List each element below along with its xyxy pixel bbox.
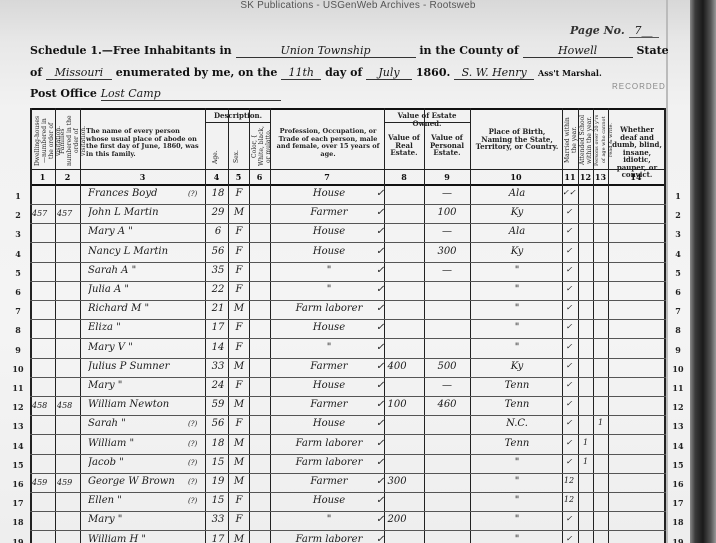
- married-within-year: ✓: [560, 438, 578, 447]
- real-estate-value: ✓: [376, 226, 422, 237]
- state-field: Missouri: [46, 66, 112, 80]
- birthplace: Ky: [474, 246, 560, 257]
- sex: M: [230, 303, 248, 314]
- married-within-year: ✓: [560, 303, 578, 312]
- occupation: Farmer: [276, 207, 382, 218]
- person-name: Mary ": [88, 380, 188, 391]
- married-within-year: ✓✓: [560, 188, 578, 197]
- row-number-left: 12: [8, 402, 28, 412]
- age: 29: [208, 207, 228, 218]
- colnum: 1: [30, 172, 55, 182]
- name-mark: (?): [188, 190, 205, 198]
- occupation: Farmer: [276, 399, 382, 410]
- occupation: ": [276, 342, 382, 353]
- birthplace: Ala: [474, 226, 560, 237]
- table-row: Richard M " 21 M Farm laborer ✓ " ✓: [30, 301, 666, 320]
- person-name: Jacob ": [88, 457, 188, 468]
- person-name: Mary V ": [88, 342, 188, 353]
- married-within-year: ✓: [560, 418, 578, 427]
- table-row: Mary " 33 F " ✓ 200 " ✓: [30, 512, 666, 531]
- sex: F: [230, 246, 248, 257]
- row-number-left: 19: [8, 537, 28, 543]
- name-mark: (?): [188, 459, 205, 467]
- name-mark: (?): [188, 497, 205, 505]
- table-row: Jacob " (?) 15 M Farm laborer ✓ " ✓ 1: [30, 455, 666, 474]
- dwelling-number: 458: [32, 401, 54, 410]
- state-label: State: [636, 44, 668, 57]
- occupation: Farm laborer: [276, 534, 382, 543]
- table-row: Sarah A " 35 F " ✓ — " ✓: [30, 263, 666, 282]
- married-within-year: 12: [560, 495, 578, 504]
- occupation: House: [276, 188, 382, 199]
- row-number-right: 16: [668, 479, 688, 489]
- table-row: Nancy L Martin 56 F House ✓ 300 Ky ✓: [30, 244, 666, 263]
- personal-estate-value: —: [426, 380, 468, 391]
- real-estate-value: ✓: [376, 188, 422, 199]
- table-row: Frances Boyd (?) 18 F House ✓ — Ala ✓✓: [30, 186, 666, 205]
- row-number-right: 11: [668, 383, 688, 393]
- birthplace: ": [474, 495, 560, 506]
- colnum: 13: [593, 172, 608, 182]
- dwelling-number: 459: [32, 478, 54, 487]
- row-number-left: 14: [8, 441, 28, 451]
- sex: F: [230, 380, 248, 391]
- birthplace: ": [474, 342, 560, 353]
- birthplace: ": [474, 322, 560, 333]
- colnum: 12: [578, 172, 593, 182]
- colnum: 3: [80, 172, 205, 182]
- row-number-right: 1: [668, 191, 688, 201]
- header-estate: Value of Estate Owned.: [385, 112, 469, 127]
- married-within-year: ✓: [560, 246, 578, 255]
- post-office-line: Post Office Lost Camp: [30, 87, 281, 101]
- personal-estate-value: —: [426, 226, 468, 237]
- real-estate-value: ✓: [376, 380, 422, 391]
- sex: F: [230, 495, 248, 506]
- table-row: Julia A " 22 F " ✓ " ✓: [30, 282, 666, 301]
- real-estate-value: ✓: [376, 438, 422, 449]
- person-name: Sarah A ": [88, 265, 188, 276]
- row-number-right: 15: [668, 460, 688, 470]
- person-name: Mary ": [88, 514, 188, 525]
- age: 56: [208, 418, 228, 429]
- enumeration-line: of Missouri enumerated by me, on the 11t…: [30, 66, 602, 80]
- year-label: 1860.: [416, 66, 450, 79]
- row-number-right: 4: [668, 249, 688, 259]
- birthplace: ": [474, 476, 560, 487]
- sex: F: [230, 265, 248, 276]
- person-name: George W Brown: [88, 476, 188, 487]
- row-number-right: 8: [668, 325, 688, 335]
- row-number-left: 8: [8, 325, 28, 335]
- sex: F: [230, 284, 248, 295]
- real-estate-value: ✓ 400: [376, 361, 422, 372]
- real-estate-value: ✓: [376, 265, 422, 276]
- occupation: Farmer: [276, 361, 382, 372]
- row-number-left: 16: [8, 479, 28, 489]
- colnum: 10: [470, 172, 562, 182]
- schedule-title: Schedule 1.—Free Inhabitants in: [30, 44, 232, 57]
- birthplace: Tenn: [474, 438, 560, 449]
- marshal-signature: S. W. Henry: [454, 66, 534, 80]
- county-field: Howell: [523, 44, 633, 58]
- book-binding-edge: [690, 0, 716, 543]
- married-within-year: ✓: [560, 514, 578, 523]
- colnum: 9: [424, 172, 470, 182]
- table-row: Sarah " (?) 56 F House ✓ N.C. ✓ 1: [30, 416, 666, 435]
- occupation: ": [276, 284, 382, 295]
- person-name: Frances Boyd: [88, 188, 188, 199]
- person-name: Julius P Sumner: [88, 361, 188, 372]
- schedule-title-line: Schedule 1.—Free Inhabitants in Union To…: [30, 44, 669, 58]
- page-number-label: Page No.: [570, 24, 625, 37]
- married-within-year: ✓: [560, 322, 578, 331]
- sex: M: [230, 399, 248, 410]
- birthplace: N.C.: [474, 418, 560, 429]
- occupation: House: [276, 246, 382, 257]
- sex: M: [230, 438, 248, 449]
- personal-estate-value: —: [426, 188, 468, 199]
- occupation: Farm laborer: [276, 303, 382, 314]
- person-name: Nancy L Martin: [88, 246, 188, 257]
- person-name: Sarah ": [88, 418, 188, 429]
- family-number: 457: [57, 209, 79, 218]
- dwelling-number: 457: [32, 209, 54, 218]
- age: 35: [208, 265, 228, 276]
- birthplace: Ala: [474, 188, 560, 199]
- archive-watermark: SK Publications - USGenWeb Archives - Ro…: [0, 0, 716, 11]
- real-estate-value: ✓ 200: [376, 514, 422, 525]
- table-row: Julius P Sumner 33 M Farmer ✓ 400 500 Ky…: [30, 359, 666, 378]
- table-row: Ellen " (?) 15 F House ✓ " 12: [30, 493, 666, 512]
- occupation: ": [276, 514, 382, 525]
- age: 33: [208, 514, 228, 525]
- post-office-label: Post Office: [30, 87, 97, 100]
- age: 17: [208, 534, 228, 543]
- birthplace: Ky: [474, 361, 560, 372]
- age: 17: [208, 322, 228, 333]
- page-number: Page No. 7__: [570, 24, 659, 37]
- person-name: Mary A ": [88, 226, 188, 237]
- township-field: Union Township: [236, 44, 416, 58]
- row-number-right: 3: [668, 229, 688, 239]
- table-row: 457 457 John L Martin 29 M Farmer ✓ 100 …: [30, 205, 666, 224]
- age: 18: [208, 438, 228, 449]
- row-number-right: 19: [668, 537, 688, 543]
- married-within-year: ✓: [560, 342, 578, 351]
- row-number-left: 7: [8, 306, 28, 316]
- attended-school: 1: [578, 438, 593, 447]
- married-within-year: ✓: [560, 380, 578, 389]
- sex: M: [230, 476, 248, 487]
- real-estate-value: ✓: [376, 207, 422, 218]
- occupation: House: [276, 322, 382, 333]
- real-estate-value: ✓: [376, 303, 422, 314]
- enumerated-label: enumerated by me, on the: [116, 66, 278, 79]
- row-number-left: 9: [8, 345, 28, 355]
- age: 15: [208, 495, 228, 506]
- row-number-right: 13: [668, 421, 688, 431]
- table-row: 458 458 William Newton 59 M Farmer ✓ 100…: [30, 397, 666, 416]
- recorded-stamp: RECORDED: [612, 82, 666, 91]
- header-school: Attended School within the year.: [579, 112, 592, 168]
- real-estate-value: ✓ 100: [376, 399, 422, 410]
- occupation: House: [276, 380, 382, 391]
- personal-estate-value: 500: [426, 361, 468, 372]
- age: 21: [208, 303, 228, 314]
- colnum: 8: [384, 172, 424, 182]
- married-within-year: ✓: [560, 361, 578, 370]
- married-within-year: ✓: [560, 399, 578, 408]
- occupation: Farm laborer: [276, 438, 382, 449]
- married-within-year: 12: [560, 476, 578, 485]
- table-row: Mary A " 6 F House ✓ — Ala ✓: [30, 224, 666, 243]
- name-mark: (?): [188, 478, 205, 486]
- name-mark: (?): [188, 420, 205, 428]
- row-number-left: 3: [8, 229, 28, 239]
- table-row: William H " 17 M Farm laborer ✓ " ✓: [30, 532, 666, 543]
- row-number-right: 7: [668, 306, 688, 316]
- colnum: 5: [228, 172, 249, 182]
- occupation: Farm laborer: [276, 457, 382, 468]
- row-number-left: 17: [8, 498, 28, 508]
- age: 18: [208, 188, 228, 199]
- row-number-left: 13: [8, 421, 28, 431]
- table-row: Mary " 24 F House ✓ — Tenn ✓: [30, 378, 666, 397]
- header-color: Color, { White, black, or mulatto.: [251, 124, 269, 168]
- post-office-field: Lost Camp: [101, 87, 281, 101]
- age: 24: [208, 380, 228, 391]
- row-number-right: 5: [668, 268, 688, 278]
- age: 56: [208, 246, 228, 257]
- sex: F: [230, 226, 248, 237]
- birthplace: ": [474, 534, 560, 543]
- married-within-year: ✓: [560, 284, 578, 293]
- real-estate-value: ✓: [376, 457, 422, 468]
- person-name: John L Martin: [88, 207, 188, 218]
- age: 14: [208, 342, 228, 353]
- birthplace: ": [474, 303, 560, 314]
- family-number: 459: [57, 478, 79, 487]
- colnum: 11: [562, 172, 578, 182]
- real-estate-value: ✓: [376, 418, 422, 429]
- cannot-read-write: 1: [593, 418, 608, 427]
- real-estate-value: ✓: [376, 534, 422, 543]
- row-number-left: 1: [8, 191, 28, 201]
- sex: M: [230, 361, 248, 372]
- row-number-right: 18: [668, 517, 688, 527]
- personal-estate-value: 300: [426, 246, 468, 257]
- married-within-year: ✓: [560, 226, 578, 235]
- real-estate-value: ✓: [376, 322, 422, 333]
- header-occupation: Profession, Occupation, or Trade of each…: [274, 128, 382, 158]
- age: 33: [208, 361, 228, 372]
- row-number-left: 15: [8, 460, 28, 470]
- header-age: Age.: [212, 148, 224, 166]
- birthplace: Ky: [474, 207, 560, 218]
- day-field: 11th: [281, 66, 321, 80]
- birthplace: ": [474, 514, 560, 525]
- header-personal-estate: Value of Personal Estate.: [426, 134, 468, 157]
- page-number-value: 7__: [629, 24, 659, 38]
- sex: F: [230, 342, 248, 353]
- occupation: House: [276, 226, 382, 237]
- real-estate-value: ✓: [376, 284, 422, 295]
- description-rule: [205, 122, 270, 123]
- sex: F: [230, 322, 248, 333]
- colnum: 14: [608, 172, 664, 182]
- table-row: William " (?) 18 M Farm laborer ✓ Tenn ✓…: [30, 436, 666, 455]
- header-dwelling: Dwelling-houses—numbered in the order of…: [34, 114, 52, 168]
- colnum: 6: [249, 172, 270, 182]
- sex: F: [230, 418, 248, 429]
- row-number-left: 2: [8, 210, 28, 220]
- row-number-left: 10: [8, 364, 28, 374]
- personal-estate-value: 100: [426, 207, 468, 218]
- row-number-right: 17: [668, 498, 688, 508]
- married-within-year: ✓: [560, 457, 578, 466]
- table-row: 459 459 George W Brown (?) 19 M Farmer ✓…: [30, 474, 666, 493]
- header-married: Married within the year.: [564, 112, 577, 168]
- header-name: The name of every person whose usual pla…: [86, 128, 202, 158]
- person-name: Eliza ": [88, 322, 188, 333]
- header-birthplace: Place of Birth, Naming the State, Territ…: [474, 128, 560, 151]
- header-sex: Sex.: [233, 148, 245, 166]
- table-row: Mary V " 14 F " ✓ " ✓: [30, 340, 666, 359]
- occupation: House: [276, 495, 382, 506]
- day-of-label: day of: [325, 66, 362, 79]
- birthplace: ": [474, 265, 560, 276]
- header-family: Families numbered in the order of visita…: [59, 114, 77, 168]
- real-estate-value: ✓: [376, 246, 422, 257]
- married-within-year: ✓: [560, 265, 578, 274]
- married-within-year: ✓: [560, 207, 578, 216]
- person-name: Richard M ": [88, 303, 188, 314]
- birthplace: ": [474, 284, 560, 295]
- real-estate-value: ✓: [376, 342, 422, 353]
- sex: F: [230, 514, 248, 525]
- row-number-right: 6: [668, 287, 688, 297]
- name-mark: (?): [188, 440, 205, 448]
- row-number-right: 14: [668, 441, 688, 451]
- sex: M: [230, 457, 248, 468]
- colnum: 2: [55, 172, 80, 182]
- row-number-left: 18: [8, 517, 28, 527]
- age: 6: [208, 226, 228, 237]
- sex: F: [230, 188, 248, 199]
- birthplace: Tenn: [474, 380, 560, 391]
- age: 15: [208, 457, 228, 468]
- county-label: in the County of: [419, 44, 518, 57]
- header-illiterate: Persons over 20 y'rs of age who cannot r…: [594, 112, 607, 168]
- attended-school: 1: [578, 457, 593, 466]
- row-number-left: 4: [8, 249, 28, 259]
- birthplace: Tenn: [474, 399, 560, 410]
- of-label: of: [30, 66, 42, 79]
- table-row: Eliza " 17 F House ✓ " ✓: [30, 320, 666, 339]
- age: 19: [208, 476, 228, 487]
- month-field: July: [366, 66, 412, 80]
- row-number-right: 9: [668, 345, 688, 355]
- header-bottom-rule: [30, 169, 666, 170]
- birthplace: ": [474, 457, 560, 468]
- age: 59: [208, 399, 228, 410]
- colnum: 7: [270, 172, 384, 182]
- personal-estate-value: —: [426, 265, 468, 276]
- real-estate-value: ✓ 300: [376, 476, 422, 487]
- occupation: ": [276, 265, 382, 276]
- table-top-rule: [30, 108, 666, 110]
- person-name: William Newton: [88, 399, 188, 410]
- real-estate-value: ✓: [376, 495, 422, 506]
- row-number-left: 6: [8, 287, 28, 297]
- occupation: Farmer: [276, 476, 382, 487]
- age: 22: [208, 284, 228, 295]
- occupation: House: [276, 418, 382, 429]
- header-description: Description.: [206, 112, 270, 120]
- person-name: Ellen ": [88, 495, 188, 506]
- row-number-left: 5: [8, 268, 28, 278]
- personal-estate-value: 460: [426, 399, 468, 410]
- header-disability: Whether deaf and dumb, blind, insane, id…: [612, 126, 662, 179]
- person-name: William H ": [88, 534, 188, 543]
- married-within-year: ✓: [560, 534, 578, 543]
- row-number-right: 10: [668, 364, 688, 374]
- person-name: William ": [88, 438, 188, 449]
- colnum: 4: [205, 172, 228, 182]
- person-name: Julia A ": [88, 284, 188, 295]
- sex: M: [230, 207, 248, 218]
- marshal-label: Ass't Marshal.: [538, 68, 602, 78]
- row-number-left: 11: [8, 383, 28, 393]
- family-number: 458: [57, 401, 79, 410]
- row-number-right: 2: [668, 210, 688, 220]
- header-real-estate: Value of Real Estate.: [386, 134, 422, 157]
- sex: M: [230, 534, 248, 543]
- row-number-right: 12: [668, 402, 688, 412]
